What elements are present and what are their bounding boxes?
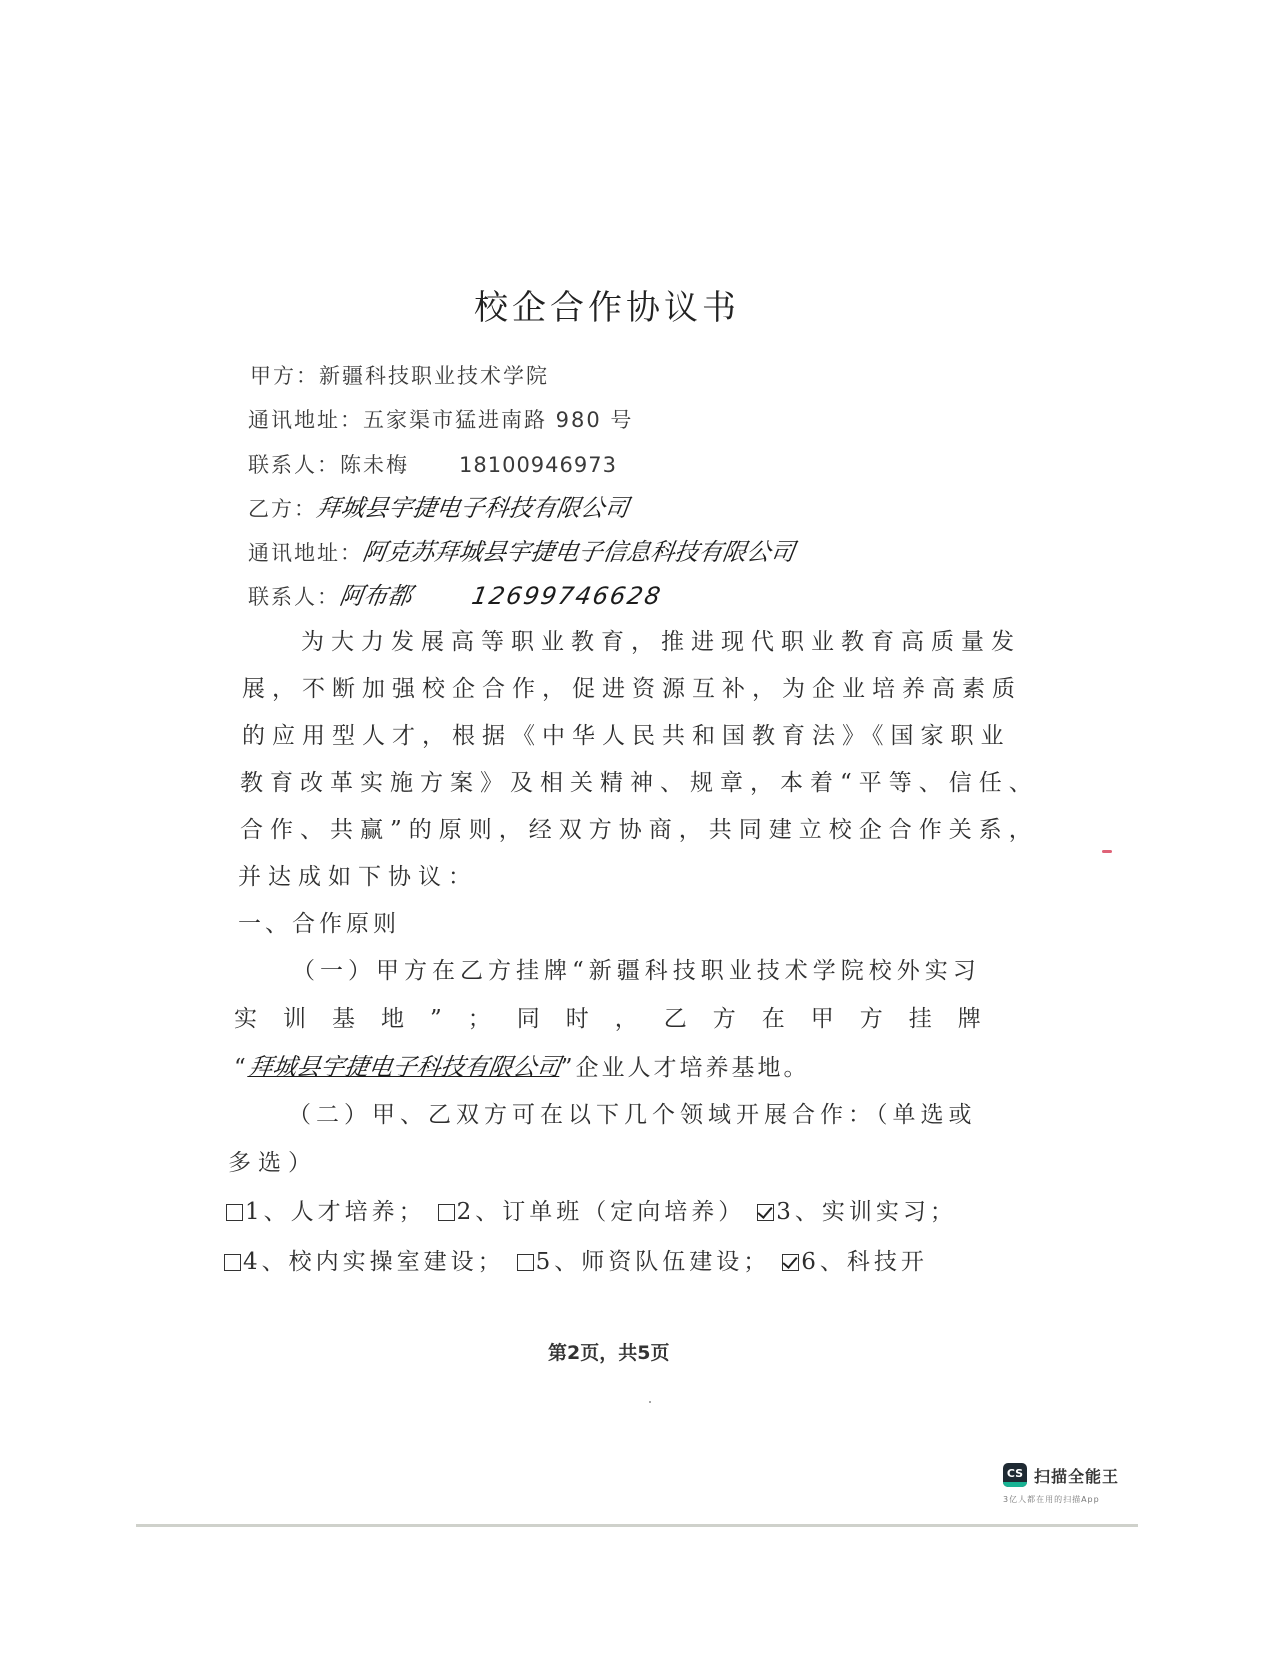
party-a-contact-label: 联系人： xyxy=(248,453,340,477)
preamble-line-2: 展，不断加强校企合作，促进资源互补，为企业培养高素质 xyxy=(242,670,1022,703)
document-title: 校企合作协议书 xyxy=(474,280,774,329)
option-order-class[interactable]: 2、订单班（定向培养） xyxy=(438,1199,746,1225)
party-a-address-line: 通讯地址：五家渠市猛进南路 980 号 xyxy=(248,404,633,434)
options-row-1: 1、人才培养；2、订单班（定向培养）3、实训实习； xyxy=(226,1193,969,1226)
option-talent-training[interactable]: 1、人才培养； xyxy=(226,1199,426,1225)
party-a-line: 甲方：新疆科技职业技术学院 xyxy=(250,360,549,390)
red-ink-mark xyxy=(1102,850,1112,853)
party-b-name-handwritten: 拜城县宇捷电子科技有限公司 xyxy=(315,488,632,523)
option-lab-construction[interactable]: 4、校内实操室建设； xyxy=(224,1249,505,1275)
preamble-line-3: 的应用型人才，根据《中华人民共和国教育法》《国家职业 xyxy=(242,717,1011,750)
party-b-address-handwritten: 阿克苏拜城县宇捷电子信息科技有限公司 xyxy=(361,532,798,567)
options-row-2: 4、校内实操室建设；5、师资队伍建设；6、科技开 xyxy=(224,1243,940,1276)
party-b-address-label: 通讯地址： xyxy=(248,541,363,565)
checkbox-option-5[interactable] xyxy=(517,1254,534,1271)
party-a-name: 新疆科技职业技术学院 xyxy=(319,364,549,388)
watermark-app-name: 扫描全能王 xyxy=(1034,1464,1119,1487)
party-b-contact-line: 联系人：阿布都12699746628 xyxy=(248,576,662,611)
watermark-tagline: 3亿人都在用的扫描App xyxy=(1003,1494,1100,1505)
party-b-address-line: 通讯地址：阿克苏拜城县宇捷电子信息科技有限公司 xyxy=(248,532,795,567)
clause-1-line-3: “拜城县宇捷电子科技有限公司”企业人才培养基地。 xyxy=(234,1047,810,1082)
scanned-page: 校企合作协议书 甲方：新疆科技职业技术学院 通讯地址：五家渠市猛进南路 980 … xyxy=(0,0,1288,1664)
scan-speck xyxy=(649,1401,651,1403)
party-a-contact-name: 陈未梅 xyxy=(340,453,409,477)
camscanner-logo-icon: CS xyxy=(1003,1463,1027,1487)
partner-name-handwritten: 拜城县宇捷电子科技有限公司 xyxy=(246,1047,563,1082)
party-b-contact-label: 联系人： xyxy=(248,585,340,609)
checkbox-option-1[interactable] xyxy=(226,1204,243,1221)
checkbox-option-6-checked[interactable] xyxy=(782,1254,799,1271)
option-training-internship[interactable]: 3、实训实习； xyxy=(757,1199,957,1225)
preamble-line-6: 并达成如下协议： xyxy=(238,858,478,891)
party-b-contact-name-handwritten: 阿布都 xyxy=(338,576,415,611)
bottom-divider xyxy=(136,1524,1138,1527)
party-a-label: 甲方： xyxy=(250,364,319,388)
section-heading-cooperation-principles: 一、合作原则 xyxy=(238,905,400,938)
checkbox-option-3-checked[interactable] xyxy=(757,1204,774,1221)
preamble-line-1: 为大力发展高等职业教育，推进现代职业教育高质量发 xyxy=(301,623,1021,656)
party-a-contact-line: 联系人：陈未梅18100946973 xyxy=(248,449,617,479)
party-b-label: 乙方： xyxy=(248,497,317,521)
party-a-contact-phone: 18100946973 xyxy=(459,453,617,477)
option-tech-development[interactable]: 6、科技开 xyxy=(782,1249,928,1275)
party-a-address: 五家渠市猛进南路 980 号 xyxy=(363,408,633,432)
party-b-line: 乙方：拜城县宇捷电子科技有限公司 xyxy=(248,488,629,523)
clause-1-line-1: （一）甲方在乙方挂牌“新疆科技职业技术学院校外实习 xyxy=(292,952,981,985)
clause-1-line-2: 实训基地”；同时，乙方在甲方挂牌 xyxy=(234,1000,1007,1033)
clause-2-line-1: （二）甲、乙双方可在以下几个领域开展合作：（单选或 xyxy=(288,1096,977,1129)
page-number-footer: 第2页，共5页 xyxy=(548,1338,669,1365)
party-b-contact-phone-handwritten: 12699746628 xyxy=(470,582,665,610)
clause-2-line-2: 多选） xyxy=(228,1144,318,1177)
checkbox-option-2[interactable] xyxy=(438,1204,455,1221)
checkbox-option-4[interactable] xyxy=(224,1254,241,1271)
clause-1-line-3-rest: ”企业人才培养基地。 xyxy=(561,1055,810,1081)
party-a-address-label: 通讯地址： xyxy=(248,408,363,432)
preamble-line-4: 教育改革实施方案》及相关精神、规章，本着“平等、信任、 xyxy=(240,764,1039,797)
option-faculty-building[interactable]: 5、师资队伍建设； xyxy=(517,1249,771,1275)
preamble-line-5: 合作、共赢”的原则，经双方协商，共同建立校企合作关系， xyxy=(240,811,1039,844)
